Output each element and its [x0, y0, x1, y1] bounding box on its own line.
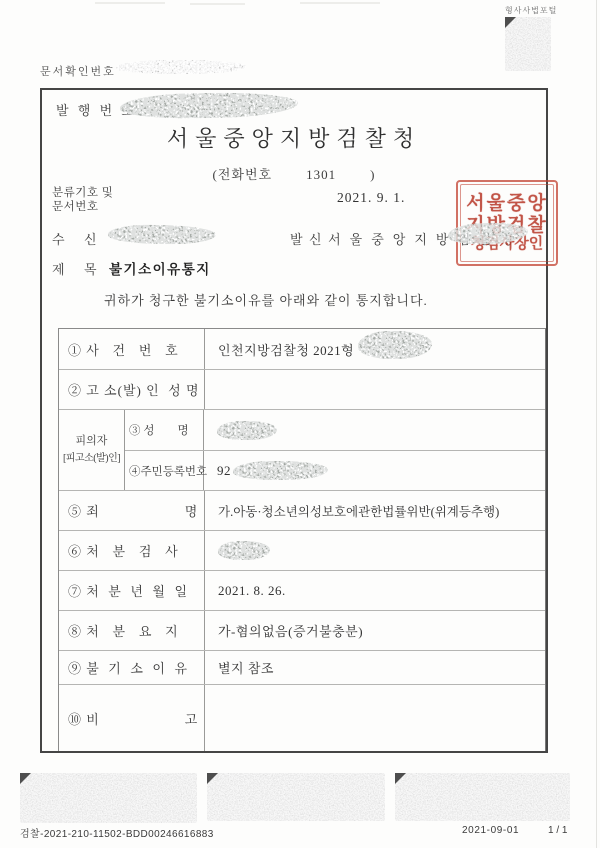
- seal-line1: 서울중앙: [461, 193, 553, 214]
- office-title: 서울중앙지방검찰청: [42, 122, 546, 153]
- doc-confirm-number-redacted: [116, 60, 246, 74]
- barcode-corner-mark: [207, 773, 218, 784]
- rrn-prefix-text: 92: [217, 463, 231, 479]
- barcode-strip-2: [207, 773, 385, 821]
- table-row-complainant-name: ② 고 소(발) 인 성 명: [59, 369, 545, 409]
- row-label: ② 고 소(발) 인 성 명: [59, 370, 205, 409]
- suspect-rrn-redacted: [233, 461, 328, 480]
- table-row-remarks: ⑩ 비 고: [59, 684, 545, 751]
- row-value: [205, 685, 545, 751]
- classification-code-line1: 분류기호 및: [52, 186, 113, 200]
- row-value: [204, 410, 545, 450]
- case-number-redacted: [358, 331, 432, 359]
- barcode-corner-mark: [20, 773, 31, 784]
- classification-code-line2: 문서번호: [52, 200, 113, 214]
- barcode-corner-mark: [505, 17, 516, 28]
- suspect-label-line1: 피의자: [76, 433, 108, 451]
- subject-value: 불기소이유통지: [109, 258, 211, 278]
- scan-artifact: [300, 2, 380, 4]
- suspect-group-label: 피의자 [피고소(발)인]: [59, 410, 125, 490]
- sender-label: 발 신: [290, 232, 328, 247]
- suspect-name-redacted: [217, 421, 277, 440]
- table-row-suspect-name: ③ 성 명: [125, 410, 545, 450]
- portal-label: 형사사법포털: [505, 5, 557, 16]
- notice-sentence: 귀하가 청구한 불기소이유를 아래와 같이 통지합니다.: [104, 290, 428, 309]
- prosecutor-name-redacted: [218, 541, 270, 560]
- table-row-disposition-date: ⑦ 처 분 년 월 일 2021. 8. 26.: [59, 570, 545, 610]
- row-value: 92: [204, 451, 545, 490]
- table-row-offense-name: ⑤ 죄 명 가.아동·청소년의성보호에관한법률위반(위계등추행): [59, 490, 545, 530]
- suspect-label-line2: [피고소(발)인]: [63, 451, 120, 467]
- table-row-disposition-summary: ⑧ 처 분 요 지 가-혐의없음(증거불충분): [59, 610, 545, 650]
- row-label: ⑧ 처 분 요 지: [59, 611, 205, 650]
- row-label: ⑩ 비 고: [59, 685, 205, 751]
- classification-code-label: 분류기호 및 문서번호: [52, 186, 113, 215]
- barcode-corner-mark: [395, 773, 406, 784]
- table-row-suspect-rrn: ④주민등록번호 92: [125, 450, 545, 490]
- table-row-nonprosecution-reason: ⑨ 불 기 소 이 유 별지 참조: [59, 650, 545, 684]
- row-value: 인천지방검찰청 2021형: [205, 329, 545, 369]
- footer-page-indicator: 1 / 1: [548, 825, 567, 836]
- scan-edge-line: [596, 0, 597, 848]
- row-label: ⑥ 처 분 검 사: [59, 531, 205, 570]
- row-value: 2021. 8. 26.: [205, 571, 545, 610]
- receiver-label: 수 신: [52, 229, 97, 248]
- row-label: ⑨ 불 기 소 이 유: [59, 651, 205, 684]
- row-label: ④주민등록번호: [125, 451, 204, 490]
- row-label: ⑦ 처 분 년 월 일: [59, 571, 205, 610]
- row-value: 별지 참조: [205, 651, 545, 684]
- scan-artifact: [190, 3, 245, 5]
- subject-label: 제 목: [52, 259, 97, 278]
- document-date: 2021. 9. 1.: [337, 190, 405, 206]
- table-row-suspect-group: 피의자 [피고소(발)인] ③ 성 명 ④주민등록번호: [59, 409, 545, 490]
- row-value: 가.아동·청소년의성보호에관한법률위반(위계등추행): [205, 491, 545, 530]
- table-row-case-number: ① 사 건 번 호 인천지방검찰청 2021형: [59, 329, 545, 369]
- receiver-name-redacted: [108, 224, 216, 245]
- row-value: 가-혐의없음(증거불충분): [205, 611, 545, 650]
- footer-document-code: 검찰-2021-210-11502-BDD00246616883: [20, 825, 214, 840]
- row-label: ⑤ 죄 명: [59, 491, 205, 530]
- barcode-strip-1: [20, 773, 197, 823]
- scan-artifact: [95, 2, 165, 4]
- barcode-strip-3: [395, 773, 570, 821]
- footer-date: 2021-09-01: [462, 825, 519, 836]
- doc-confirm-number-label: 문서확인번호: [40, 63, 116, 79]
- row-label: ③ 성 명: [125, 410, 204, 450]
- case-info-table: ① 사 건 번 호 인천지방검찰청 2021형 ② 고 소(발) 인 성 명 피…: [58, 328, 546, 751]
- row-label: ① 사 건 번 호: [59, 329, 205, 369]
- issue-number-redacted: [120, 91, 298, 119]
- row-value: [205, 370, 545, 409]
- row-value: [205, 531, 545, 570]
- table-row-disposing-prosecutor: ⑥ 처 분 검 사: [59, 530, 545, 570]
- scanned-document-page: 형사사법포털 문서확인번호 발 행 번 호 서울중앙지방검찰청 (전화번호 13…: [0, 0, 600, 848]
- case-number-text: 인천지방검찰청 2021형: [218, 340, 354, 359]
